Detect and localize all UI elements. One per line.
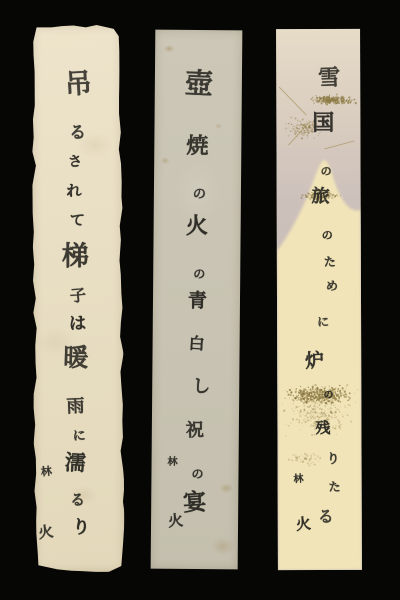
poem-column: 壺焼の火の青白し祝の宴林火 <box>155 30 242 31</box>
calligraphy-char: 雨 <box>66 398 85 417</box>
calligraphy-char: 青 <box>188 292 207 311</box>
signature-char: 火 <box>37 524 54 541</box>
calligraphy-char: 壺 <box>184 69 213 98</box>
calligraphy-char: 白 <box>188 336 205 353</box>
calligraphy-char: る <box>70 493 85 508</box>
calligraphy-char: 吊 <box>64 70 93 99</box>
calligraphy-char: さ <box>68 154 83 169</box>
calligraphy-char: れ <box>66 184 81 199</box>
calligraphy-char: り <box>72 519 91 538</box>
calligraphy-char: 旅 <box>311 188 330 207</box>
tanzaku-strip-middle: 壺焼の火の青白し祝の宴林火 <box>151 30 243 570</box>
calligraphy-char: 濡 <box>64 453 86 475</box>
calligraphy-char: り <box>327 453 340 466</box>
calligraphy-char: の <box>322 230 333 241</box>
calligraphy-char: た <box>329 481 341 493</box>
calligraphy-char: の <box>193 268 205 280</box>
calligraphy-char: る <box>69 125 86 142</box>
calligraphy-char: 残 <box>315 421 330 436</box>
calligraphy-char: に <box>73 430 86 443</box>
calligraphy-char: 子 <box>69 287 86 304</box>
signature-char: 林 <box>293 475 304 486</box>
photo-canvas: 吊るされて梯子は暖雨に濡るり林火 壺焼の火の青白し祝の宴林火 雪国の旅のために炉… <box>0 0 400 600</box>
signature-char: 林 <box>40 466 52 478</box>
calligraphy-char: 焼 <box>186 136 208 158</box>
signature-char: 林 <box>168 458 178 468</box>
calligraphy-char: 暖 <box>63 345 89 371</box>
calligraphy-char: 火 <box>185 216 208 239</box>
calligraphy-char: 炉 <box>305 351 325 371</box>
signature-char: 火 <box>167 513 183 529</box>
calligraphy-char: 梯 <box>62 243 89 270</box>
calligraphy-char: の <box>193 188 206 201</box>
signature-char: 火 <box>295 516 312 533</box>
calligraphy-char: る <box>318 509 334 525</box>
calligraphy-char: し <box>192 378 210 396</box>
calligraphy-char: 雪 <box>318 68 341 91</box>
tanzaku-strip-left: 吊るされて梯子は暖雨に濡るり林火 <box>32 25 125 572</box>
calligraphy-char: の <box>321 166 332 177</box>
calligraphy-char: は <box>69 316 86 333</box>
tanzaku-strip-right: 雪国の旅のために炉の残りたる林火 <box>276 29 362 570</box>
calligraphy-char: の <box>191 468 203 480</box>
calligraphy-char: め <box>326 280 338 292</box>
calligraphy-char: の <box>323 391 333 401</box>
calligraphy-char: て <box>69 213 85 229</box>
calligraphy-char: 国 <box>312 113 334 135</box>
calligraphy-char: 宴 <box>183 491 207 515</box>
calligraphy-char: た <box>324 256 336 268</box>
calligraphy-char: 祝 <box>186 422 204 440</box>
calligraphy-char: に <box>317 316 329 328</box>
